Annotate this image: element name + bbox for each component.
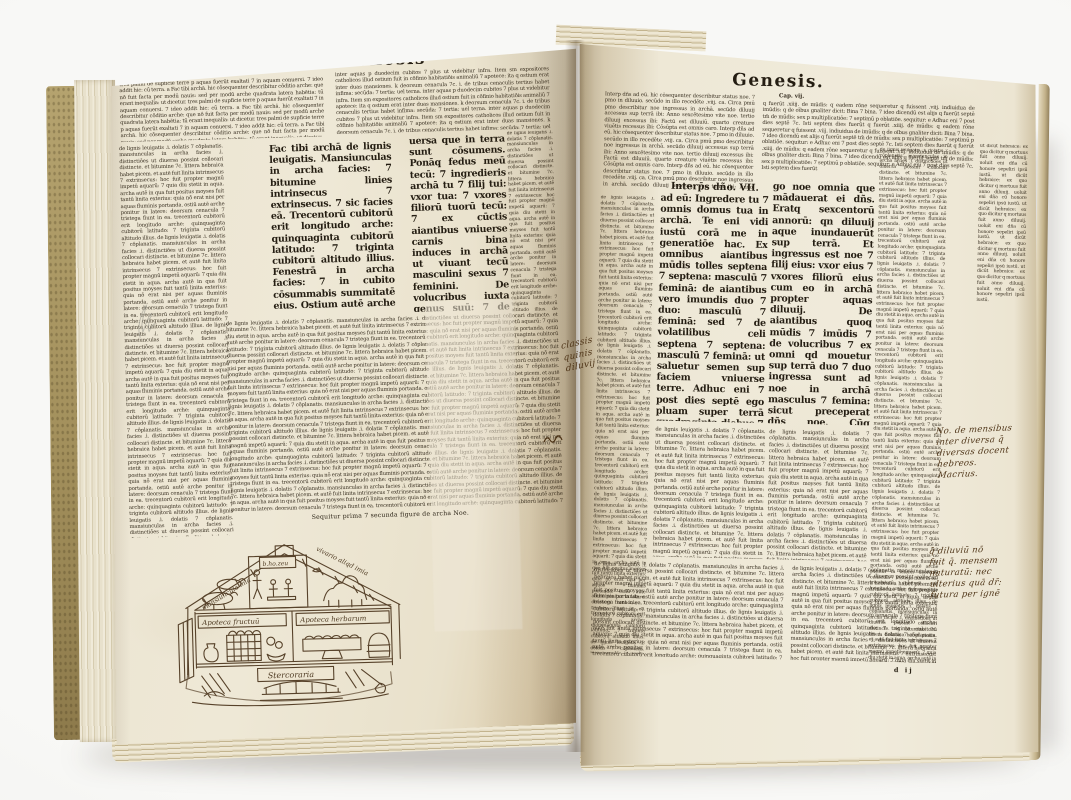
chapter-label: Cap. vij.	[779, 93, 819, 100]
ark-attic-label: b.ho.zeu	[263, 560, 289, 568]
left-top-gloss-col-a: tres palmi de supficie terre p aquas fue…	[119, 76, 325, 142]
right-bottom-gloss-col-b: de lignis leuigatis .i. dolatis 7 cōplan…	[790, 566, 938, 663]
ark-door	[178, 618, 194, 682]
noahs-ark-sketch: mansiuncula mia vivario aliqd imia b.ho.…	[172, 536, 409, 712]
right-page-content: Genesis. Interp dñs ad eū. hic cōsequent…	[568, 33, 1050, 773]
ark-beehive	[367, 633, 391, 658]
bible-text-right-col-a: ad eū: Ingredere tu 7 omnis domus tua in…	[656, 193, 769, 423]
right-top-gloss-col-c: ut dicūt hebraice: ex quo dicitur q mort…	[976, 144, 1028, 303]
ark-basement-label: Stercoraria	[268, 670, 315, 680]
ark-room-right-label: Apoteca herbarum	[299, 614, 367, 624]
ark-basket	[227, 634, 262, 661]
left-page-content: Genesis tres palmi de supficie terre p a…	[102, 40, 585, 755]
right-bottom-gloss-col-a: de lignis leuigatis .i. dolatis 7 cōplan…	[592, 561, 784, 659]
left-gutterside-gloss-column: de lignis leuigatis .i. dolatis 7 cōplan…	[507, 130, 558, 311]
ark-fruit-tray	[303, 638, 361, 652]
right-mid-gloss-col-b: de lignis leuigatis .i. dolatis 7 cōplan…	[766, 429, 869, 561]
right-page-header: Genesis.	[693, 69, 863, 93]
ark-room-left-label: Apoteca fructuū	[201, 617, 260, 627]
right-page: Genesis. Interp dñs ad eū. hic cōsequent…	[576, 38, 1042, 768]
right-top-gloss-col-a: Interp dñs ad eū. hic cōsequenter descri…	[603, 91, 755, 190]
left-lower-gloss-block: de lignis leuigatis .i. dolatis 7 cōplan…	[226, 312, 563, 513]
ark-jug	[204, 644, 219, 662]
ark-attic-camel	[323, 575, 367, 600]
gutter-handwritten-note: classisquinisdiluvij	[560, 335, 599, 376]
quire-signature-mark: d ij	[894, 666, 914, 674]
bible-text-left-col-b: uersa que in terra sunt cōsumens. Ponāq …	[409, 133, 510, 312]
right-mid-gloss-col-a: de lignis leuigatis .i. dolatis 7 cōplan…	[652, 427, 765, 559]
marginal-note-deluge: q̄ diluviū nōfuit q̄. mensemnaturatū: ne…	[929, 545, 1002, 602]
bible-text-right-col-b: go noe omnia que mādauerat ei dñs. Eratq…	[768, 181, 875, 425]
ark-shovel	[346, 669, 386, 694]
bible-text-left-col-a: Fac tibi archā de lignis leuigatis. Mans…	[269, 141, 396, 310]
left-top-gloss-col-b: inter aquas p duodecim cubitos 7 plus ut…	[335, 66, 551, 134]
pencil-squiggle	[133, 301, 160, 344]
left-page: Genesis tres palmi de supficie terre p a…	[112, 46, 576, 748]
photo-backdrop: Genesis tres palmi de supficie terre p a…	[0, 0, 1071, 800]
page-stack-top-edge	[556, 25, 707, 52]
marginal-note-months: No. de mensibusinter diversa q̄diversas …	[935, 423, 1014, 482]
ink-flourish	[542, 432, 564, 446]
